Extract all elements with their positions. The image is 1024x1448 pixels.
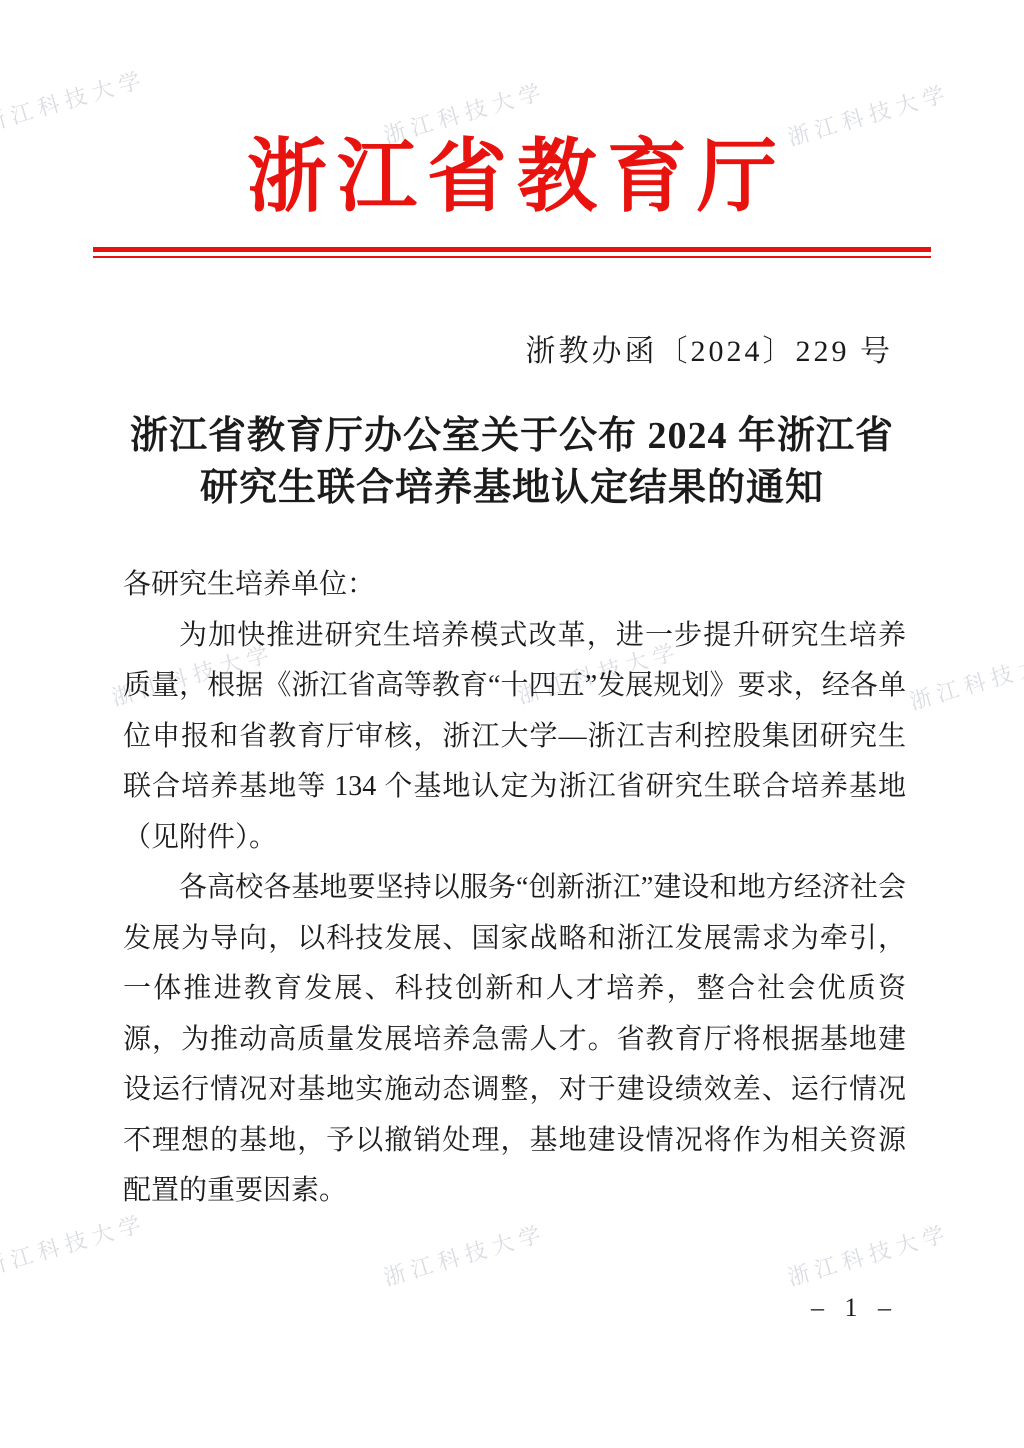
salutation: 各研究生培养单位： (123, 560, 906, 611)
letterhead-divider-thick (93, 247, 931, 252)
document-title-line-1: 浙江省教育厅办公室关于公布 2024 年浙江省 (0, 410, 1024, 462)
document-content: 浙江省教育厅 浙教办函〔2024〕229 号 浙江省教育厅办公室关于公布 202… (0, 0, 1024, 1448)
official-document-page: 浙江科技大学 浙江科技大学 浙江科技大学 浙江科技大学 浙江科技大学 浙江科技大… (0, 0, 1024, 1448)
document-title-line-2: 研究生联合培养基地认定结果的通知 (0, 462, 1024, 514)
body-paragraph: 为加快推进研究生培养模式改革，进一步提升研究生培养质量，根据《浙江省高等教育“十… (123, 611, 906, 864)
doc-reference-number: 浙教办函〔2024〕229 号 (526, 326, 894, 370)
letterhead-divider-thin (93, 256, 931, 258)
body-paragraph: 各高校各基地要坚持以服务“创新浙江”建设和地方经济社会发展为导向，以科技发展、国… (123, 863, 906, 1217)
document-title: 浙江省教育厅办公室关于公布 2024 年浙江省 研究生联合培养基地认定结果的通知 (0, 410, 1024, 514)
document-body: 各研究生培养单位： 为加快推进研究生培养模式改革，进一步提升研究生培养质量，根据… (123, 560, 906, 1217)
body-paragraphs-container: 为加快推进研究生培养模式改革，进一步提升研究生培养质量，根据《浙江省高等教育“十… (123, 611, 906, 1217)
page-number: – 1 – (811, 1293, 898, 1323)
agency-name: 浙江省教育厅 (0, 126, 1024, 230)
